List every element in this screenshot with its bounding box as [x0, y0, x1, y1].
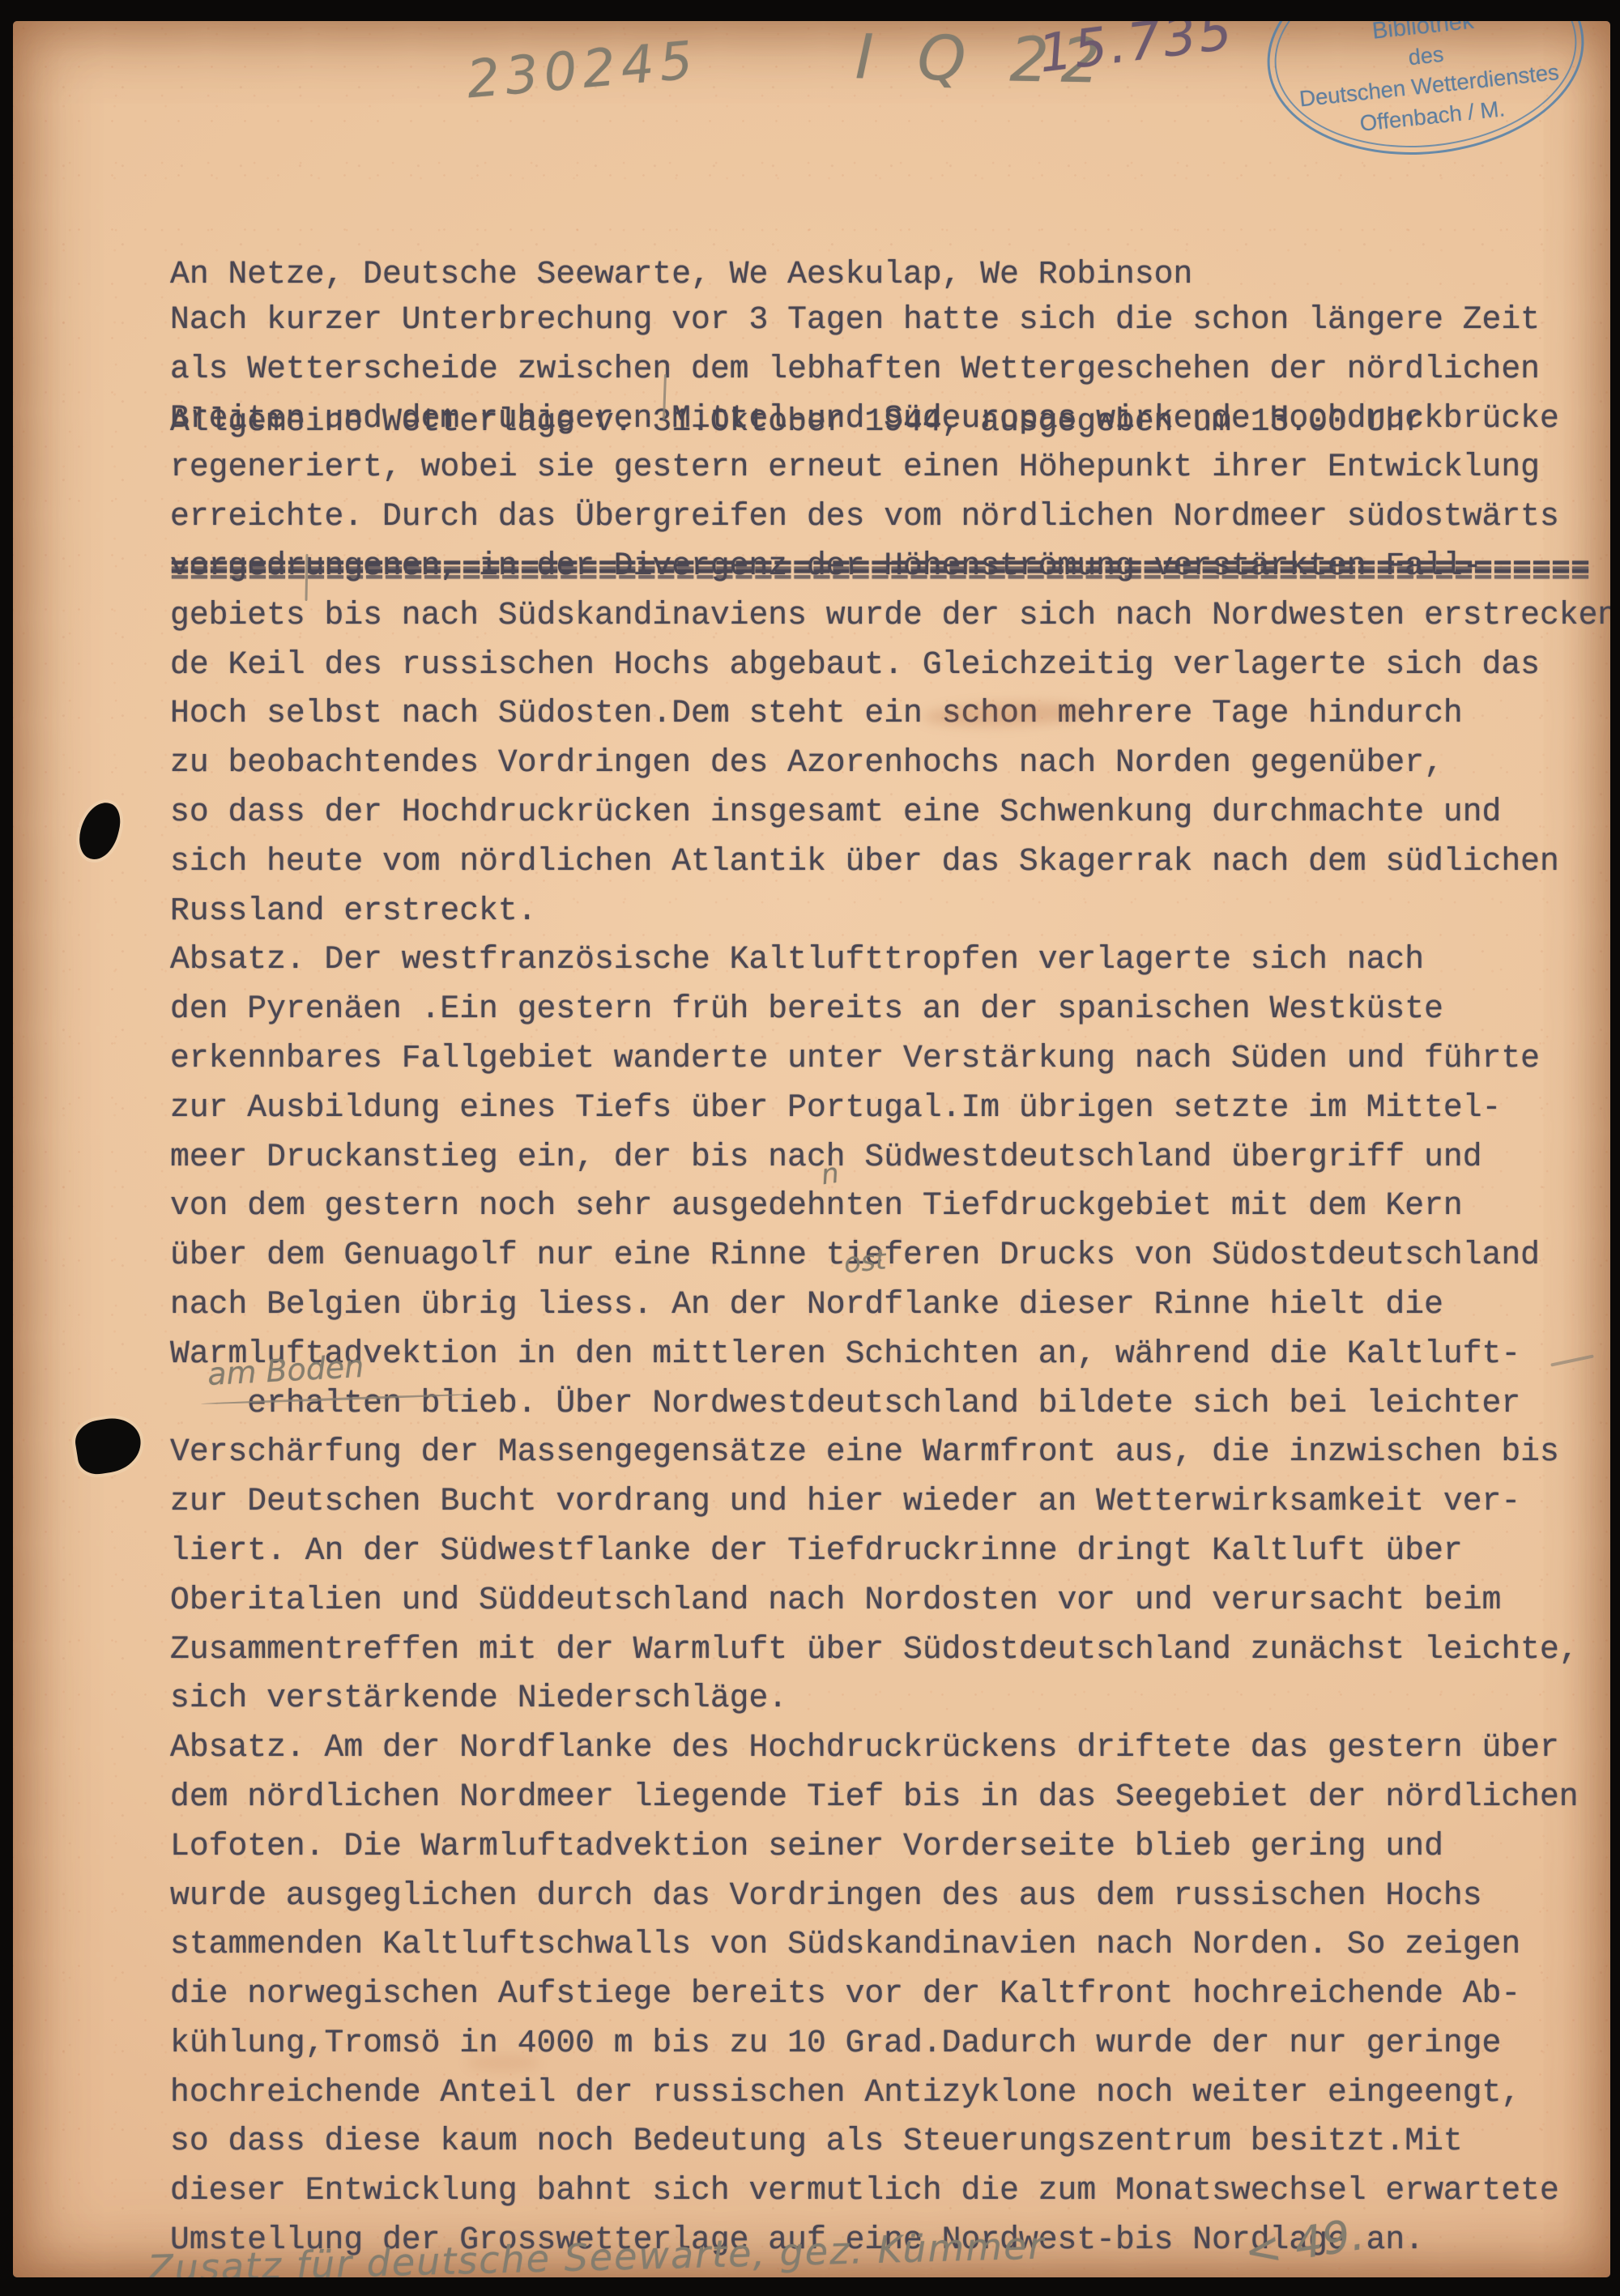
typed-line: von dem gestern noch sehr ausgedehnten T…	[170, 1182, 1610, 1231]
paper-stain	[467, 2054, 539, 2072]
typed-line: erkennbares Fallgebiet wanderte unter Ve…	[170, 1034, 1610, 1084]
address-line: An Netze, Deutsche Seewarte, We Aeskulap…	[170, 250, 1424, 300]
typed-line: sich heute vom nördlichen Atlantik über …	[170, 837, 1610, 887]
punch-hole	[72, 1414, 144, 1477]
handwritten-number: 230245	[464, 31, 701, 111]
typed-line: die norwegischen Aufstiege bereits vor d…	[170, 1970, 1610, 2019]
report-body: Nach kurzer Unterbrechung vor 3 Tagen ha…	[170, 296, 1610, 2265]
typed-line: zur Ausbildung eines Tiefs über Portugal…	[170, 1084, 1610, 1133]
typed-line: erhalten blieb. Über Nordwestdeutschland…	[170, 1379, 1610, 1429]
typed-line: wurde ausgeglichen durch das Vordringen …	[170, 1872, 1610, 1921]
punch-hole	[75, 799, 125, 864]
typed-line: Breiten und dem ruhigeren Mittel-und Süd…	[170, 394, 1610, 444]
typed-line: stammenden Kaltluftschwalls von Südskand…	[170, 1920, 1610, 1970]
library-stamp: Bibliothek des Deutschen Wetterdienstes …	[1257, 21, 1594, 170]
typed-line: regeneriert, wobei sie gestern erneut ei…	[170, 443, 1610, 492]
typed-line: kühlung,Tromsö in 4000 m bis zu 10 Grad.…	[170, 2019, 1610, 2068]
typed-line: Warmluftadvektion in den mittleren Schic…	[170, 1330, 1610, 1379]
typed-line: sich verstärkende Niederschläge.	[170, 1674, 1610, 1723]
typed-line: Verschärfung der Massengegensätze eine W…	[170, 1428, 1610, 1477]
typed-line: nach Belgien übrig liess. An der Nordfla…	[170, 1280, 1610, 1330]
typed-line: dem nördlichen Nordmeer liegende Tief bi…	[170, 1773, 1610, 1822]
typed-line: vorgedrungenen, in der Divergenz der Höh…	[170, 542, 1610, 591]
typed-line: zur Deutschen Bucht vordrang und hier wi…	[170, 1477, 1610, 1527]
typed-line: so dass der Hochdruckrücken insgesamt ei…	[170, 788, 1610, 837]
typed-line: meer Druckanstieg ein, der bis nach Südw…	[170, 1133, 1610, 1182]
document-page: Bibliothek des Deutschen Wetterdienstes …	[13, 21, 1610, 2277]
typed-line: Russland erstreckt.	[170, 887, 1610, 936]
typed-line: erreichte. Durch das Übergreifen des vom…	[170, 492, 1610, 542]
typed-line: den Pyrenäen .Ein gestern früh bereits a…	[170, 985, 1610, 1034]
typed-line: dieser Entwicklung bahnt sich vermutlich…	[170, 2166, 1610, 2216]
typed-line: Absatz. Der westfranzösische Kaltlufttro…	[170, 935, 1610, 985]
typed-line: so dass diese kaum noch Bedeutung als St…	[170, 2117, 1610, 2166]
typed-line: liert. An der Südwestflanke der Tiefdruc…	[170, 1527, 1610, 1576]
typed-line: de Keil des russischen Hochs abgebaut. G…	[170, 641, 1610, 690]
typed-line: Nach kurzer Unterbrechung vor 3 Tagen ha…	[170, 296, 1610, 345]
typed-line: Absatz. Am der Nordflanke des Hochdruckr…	[170, 1723, 1610, 1773]
handwritten-accession-number: 15.735	[1035, 21, 1237, 84]
photo-frame: Bibliothek des Deutschen Wetterdienstes …	[0, 0, 1620, 2296]
typed-line: gebiets bis nach Südskandinaviens wurde …	[170, 591, 1610, 641]
typed-line: Hoch selbst nach Südosten.Dem steht ein …	[170, 689, 1610, 739]
typed-line: Lofoten. Die Warmluftadvektion seiner Vo…	[170, 1822, 1610, 1872]
typed-line: hochreichende Anteil der russischen Anti…	[170, 2068, 1610, 2118]
typed-line: Zusammentreffen mit der Warmluft über Sü…	[170, 1625, 1610, 1675]
typed-line: über dem Genuagolf nur eine Rinne tiefer…	[170, 1231, 1610, 1280]
typed-line: zu beobachtendes Vordringen des Azorenho…	[170, 739, 1610, 788]
pencil-insert-word: ost	[842, 1243, 888, 1280]
typed-line: als Wetterscheide zwischen dem lebhaften…	[170, 345, 1610, 394]
typed-line: Oberitalien und Süddeutschland nach Nord…	[170, 1576, 1610, 1625]
